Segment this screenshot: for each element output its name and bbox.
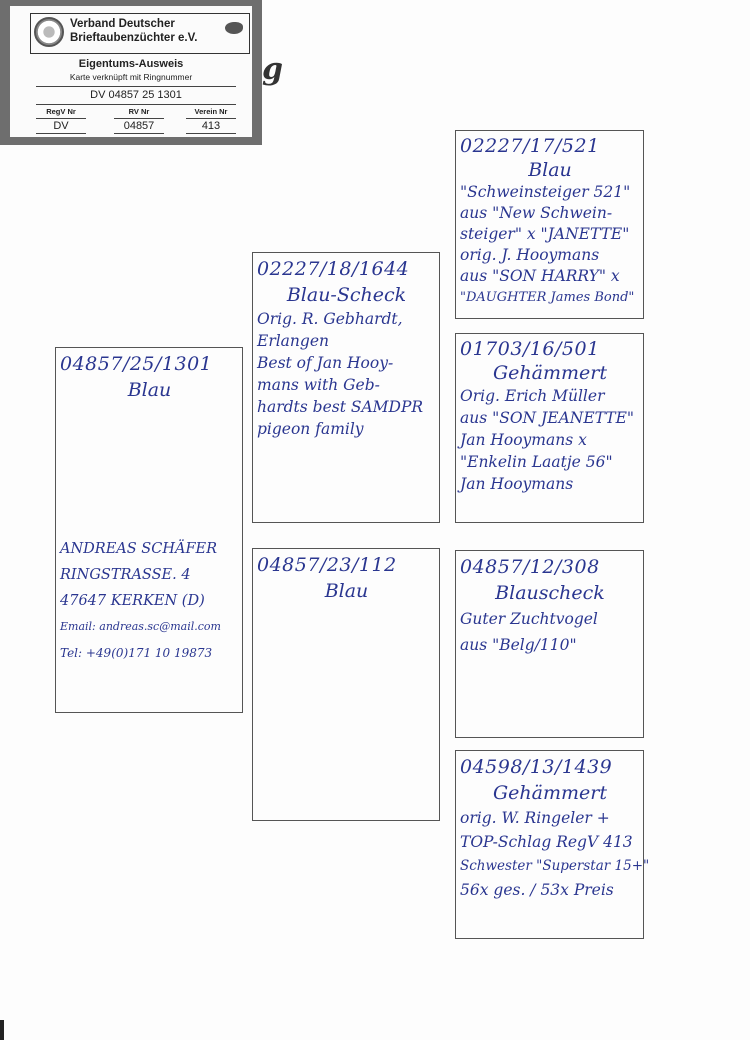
pigeon-box-owner: 04857/25/1301 Blau ANDREAS SCHÄFER RINGS… — [55, 347, 243, 713]
ring-number: 01703/16/501 — [460, 337, 640, 361]
box-text: 04857/23/112 Blau — [253, 549, 439, 604]
pigeon-icon — [225, 22, 243, 34]
box-text: 04598/13/1439 Gehämmert orig. W. Ringele… — [456, 751, 643, 902]
pedigree-line: Orig. R. Gebhardt, — [257, 308, 436, 330]
pedigree-line: Erlangen — [257, 330, 436, 352]
pigeon-box-mother: 04857/23/112 Blau — [252, 548, 440, 821]
box-text: 01703/16/501 Gehämmert Orig. Erich Mülle… — [456, 334, 643, 495]
pedigree-line: 56x ges. / 53x Preis — [460, 878, 640, 902]
owner-address: ANDREAS SCHÄFER RINGSTRASSE. 4 47647 KER… — [56, 533, 224, 666]
pigeon-box-father-father: 02227/17/521 Blau "Schweinsteiger 521" a… — [455, 130, 644, 319]
pedigree-line: orig. W. Ringeler + — [460, 806, 640, 830]
ring-number: 04857/23/112 — [257, 552, 436, 578]
owner-city: 47647 KERKEN (D) — [60, 588, 221, 614]
pedigree-line: aus "Belg/110" — [460, 632, 640, 658]
color-label: Blau — [257, 578, 436, 604]
card-columns: RegV Nr DV RV Nr 04857 Verein Nr 413 — [36, 107, 242, 137]
organization-line-2: Brieftaubenzüchter e.V. — [70, 31, 197, 45]
pigeon-box-father-mother: 01703/16/501 Gehämmert Orig. Erich Mülle… — [455, 333, 644, 523]
color-label: Blauscheck — [460, 580, 640, 606]
card-subtitle: Karte verknüpft mit Ringnummer — [10, 72, 252, 82]
pedigree-line: Jan Hooymans — [460, 473, 640, 495]
pedigree-line: aus "New Schwein- — [460, 203, 640, 224]
card-col-value: DV — [36, 119, 86, 134]
pedigree-line: Best of Jan Hooy- — [257, 352, 436, 374]
pedigree-line: "DAUGHTER James Bond" — [460, 287, 640, 308]
pedigree-line: hardts best SAMDPR — [257, 396, 436, 418]
ownership-card-body: Verband Deutscher Brieftaubenzüchter e.V… — [10, 6, 252, 137]
card-col-value: 04857 — [114, 119, 164, 134]
ring-number: 02227/18/1644 — [257, 256, 436, 282]
pigeon-box-mother-mother: 04598/13/1439 Gehämmert orig. W. Ringele… — [455, 750, 644, 939]
pedigree-line: aus "SON HARRY" x — [460, 266, 640, 287]
organization-name: Verband Deutscher Brieftaubenzüchter e.V… — [70, 17, 197, 45]
box-text: 04857/12/308 Blauscheck Guter Zuchtvogel… — [456, 551, 643, 658]
card-col-label: Verein Nr — [186, 107, 236, 119]
pedigree-line: pigeon family — [257, 418, 436, 440]
card-col-label: RV Nr — [114, 107, 164, 119]
pedigree-line: mans with Geb- — [257, 374, 436, 396]
ring-number: 04857/25/1301 — [60, 351, 239, 377]
color-label: Gehämmert — [460, 780, 640, 806]
ownership-card: Verband Deutscher Brieftaubenzüchter e.V… — [0, 0, 262, 145]
card-header: Verband Deutscher Brieftaubenzüchter e.V… — [30, 13, 250, 54]
pigeon-box-father: 02227/18/1644 Blau-Scheck Orig. R. Gebha… — [252, 252, 440, 523]
scan-edge-mark — [0, 1020, 4, 1040]
color-label: Blau — [460, 158, 640, 182]
organization-line-1: Verband Deutscher — [70, 17, 197, 31]
pedigree-line: "Enkelin Laatje 56" — [460, 451, 640, 473]
pedigree-line: aus "SON JEANETTE" — [460, 407, 640, 429]
owner-name: ANDREAS SCHÄFER — [60, 536, 221, 562]
card-col-verein: Verein Nr 413 — [186, 107, 236, 134]
ring-number: 04857/12/308 — [460, 554, 640, 580]
pedigree-line: Guter Zuchtvogel — [460, 606, 640, 632]
card-title: Eigentums-Ausweis — [10, 58, 252, 70]
card-col-value: 413 — [186, 119, 236, 134]
association-seal-icon — [34, 17, 64, 47]
pedigree-line: Orig. Erich Müller — [460, 385, 640, 407]
pigeon-box-mother-father: 04857/12/308 Blauscheck Guter Zuchtvogel… — [455, 550, 644, 738]
ring-number: 02227/17/521 — [460, 134, 640, 158]
owner-email: Email: andreas.sc@mail.com — [60, 614, 221, 640]
owner-street: RINGSTRASSE. 4 — [60, 562, 221, 588]
card-col-label: RegV Nr — [36, 107, 86, 119]
card-ring-number: DV 04857 25 1301 — [36, 86, 236, 105]
box-text: 04857/25/1301 Blau — [56, 348, 242, 403]
heading-fragment: g — [262, 52, 283, 87]
pedigree-line: TOP-Schlag RegV 413 — [460, 830, 640, 854]
pedigree-line: steiger" x "JANETTE" — [460, 224, 640, 245]
pedigree-line: orig. J. Hooymans — [460, 245, 640, 266]
card-col-rv: RV Nr 04857 — [114, 107, 164, 134]
box-text: 02227/18/1644 Blau-Scheck Orig. R. Gebha… — [253, 253, 439, 440]
card-col-regv: RegV Nr DV — [36, 107, 86, 134]
color-label: Gehämmert — [460, 361, 640, 385]
box-text: 02227/17/521 Blau "Schweinsteiger 521" a… — [456, 131, 643, 308]
color-label: Blau — [60, 377, 239, 403]
pedigree-line: Jan Hooymans x — [460, 429, 640, 451]
pedigree-line: "Schweinsteiger 521" — [460, 182, 640, 203]
color-label: Blau-Scheck — [257, 282, 436, 308]
pedigree-line: Schwester "Superstar 15+" — [460, 854, 640, 878]
owner-phone: Tel: +49(0)171 10 19873 — [60, 640, 221, 666]
ring-number: 04598/13/1439 — [460, 754, 640, 780]
